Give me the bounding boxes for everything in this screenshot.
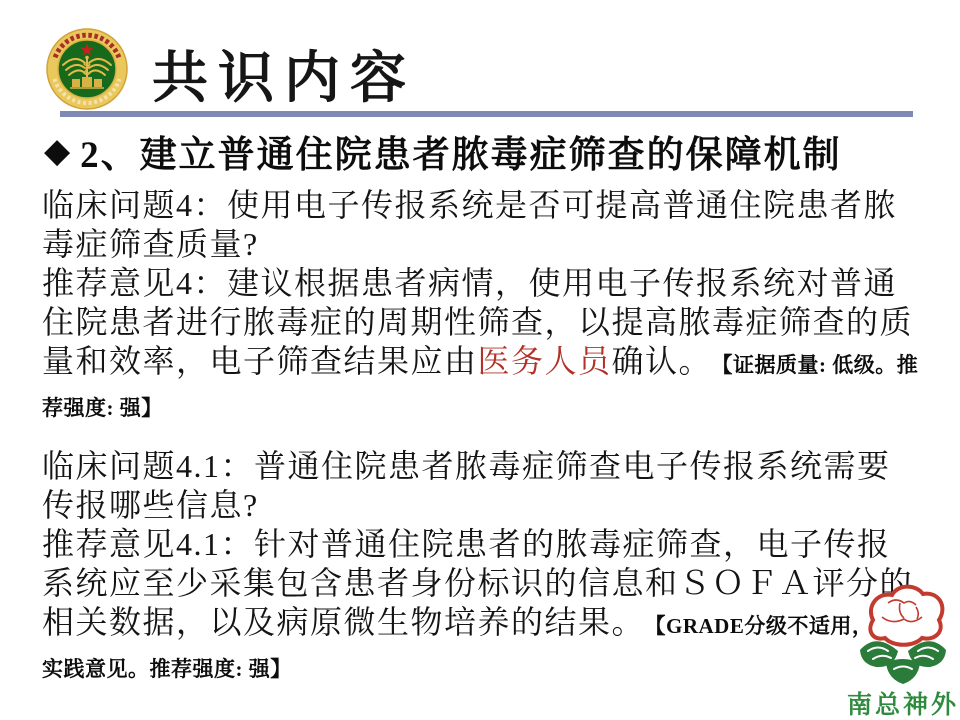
diamond-bullet-icon: ◆ bbox=[44, 134, 70, 168]
title-divider bbox=[60, 111, 913, 117]
clinical-question-1: 临床问题4：使用电子传报系统是否可提高普通住院患者脓毒症筛查质量? bbox=[42, 186, 922, 264]
section-heading: ◆ 2、建立普通住院患者脓毒症筛查的保障机制 bbox=[44, 124, 842, 178]
recommendation-1: 推荐意见4：建议根据患者病情，使用电子传报系统对普通住院患者进行脓毒症的周期性筛… bbox=[42, 264, 922, 428]
neurosurgery-logo-caption: 南总神外 bbox=[846, 685, 960, 720]
section-heading-text: 2、建立普通住院患者脓毒症筛查的保障机制 bbox=[80, 124, 842, 178]
qa-block-2: 临床问题4.1：普通住院患者脓毒症筛查电子传报系统需要传报哪些信息? 推荐意见4… bbox=[42, 447, 922, 689]
brain-hands-icon bbox=[848, 572, 958, 687]
highlighted-text: 医务人员 bbox=[478, 343, 612, 379]
page-title: 共识内容 bbox=[152, 34, 416, 114]
recommendation-2: 推荐意见4.1：针对普通住院患者的脓毒症筛查，电子传报系统应至少采集包含患者身份… bbox=[42, 525, 922, 689]
slide-body: 临床问题4：使用电子传报系统是否可提高普通住院患者脓毒症筛查质量? 推荐意见4：… bbox=[42, 186, 922, 689]
slide: { "slide_title": "共识内容", "section_headin… bbox=[0, 0, 960, 720]
neurosurgery-logo: 南总神外 bbox=[846, 572, 960, 712]
hospital-emblem-icon bbox=[44, 23, 130, 115]
qa-block-1: 临床问题4：使用电子传报系统是否可提高普通住院患者脓毒症筛查质量? 推荐意见4：… bbox=[42, 186, 922, 428]
clinical-question-2: 临床问题4.1：普通住院患者脓毒症筛查电子传报系统需要传报哪些信息? bbox=[42, 447, 922, 525]
